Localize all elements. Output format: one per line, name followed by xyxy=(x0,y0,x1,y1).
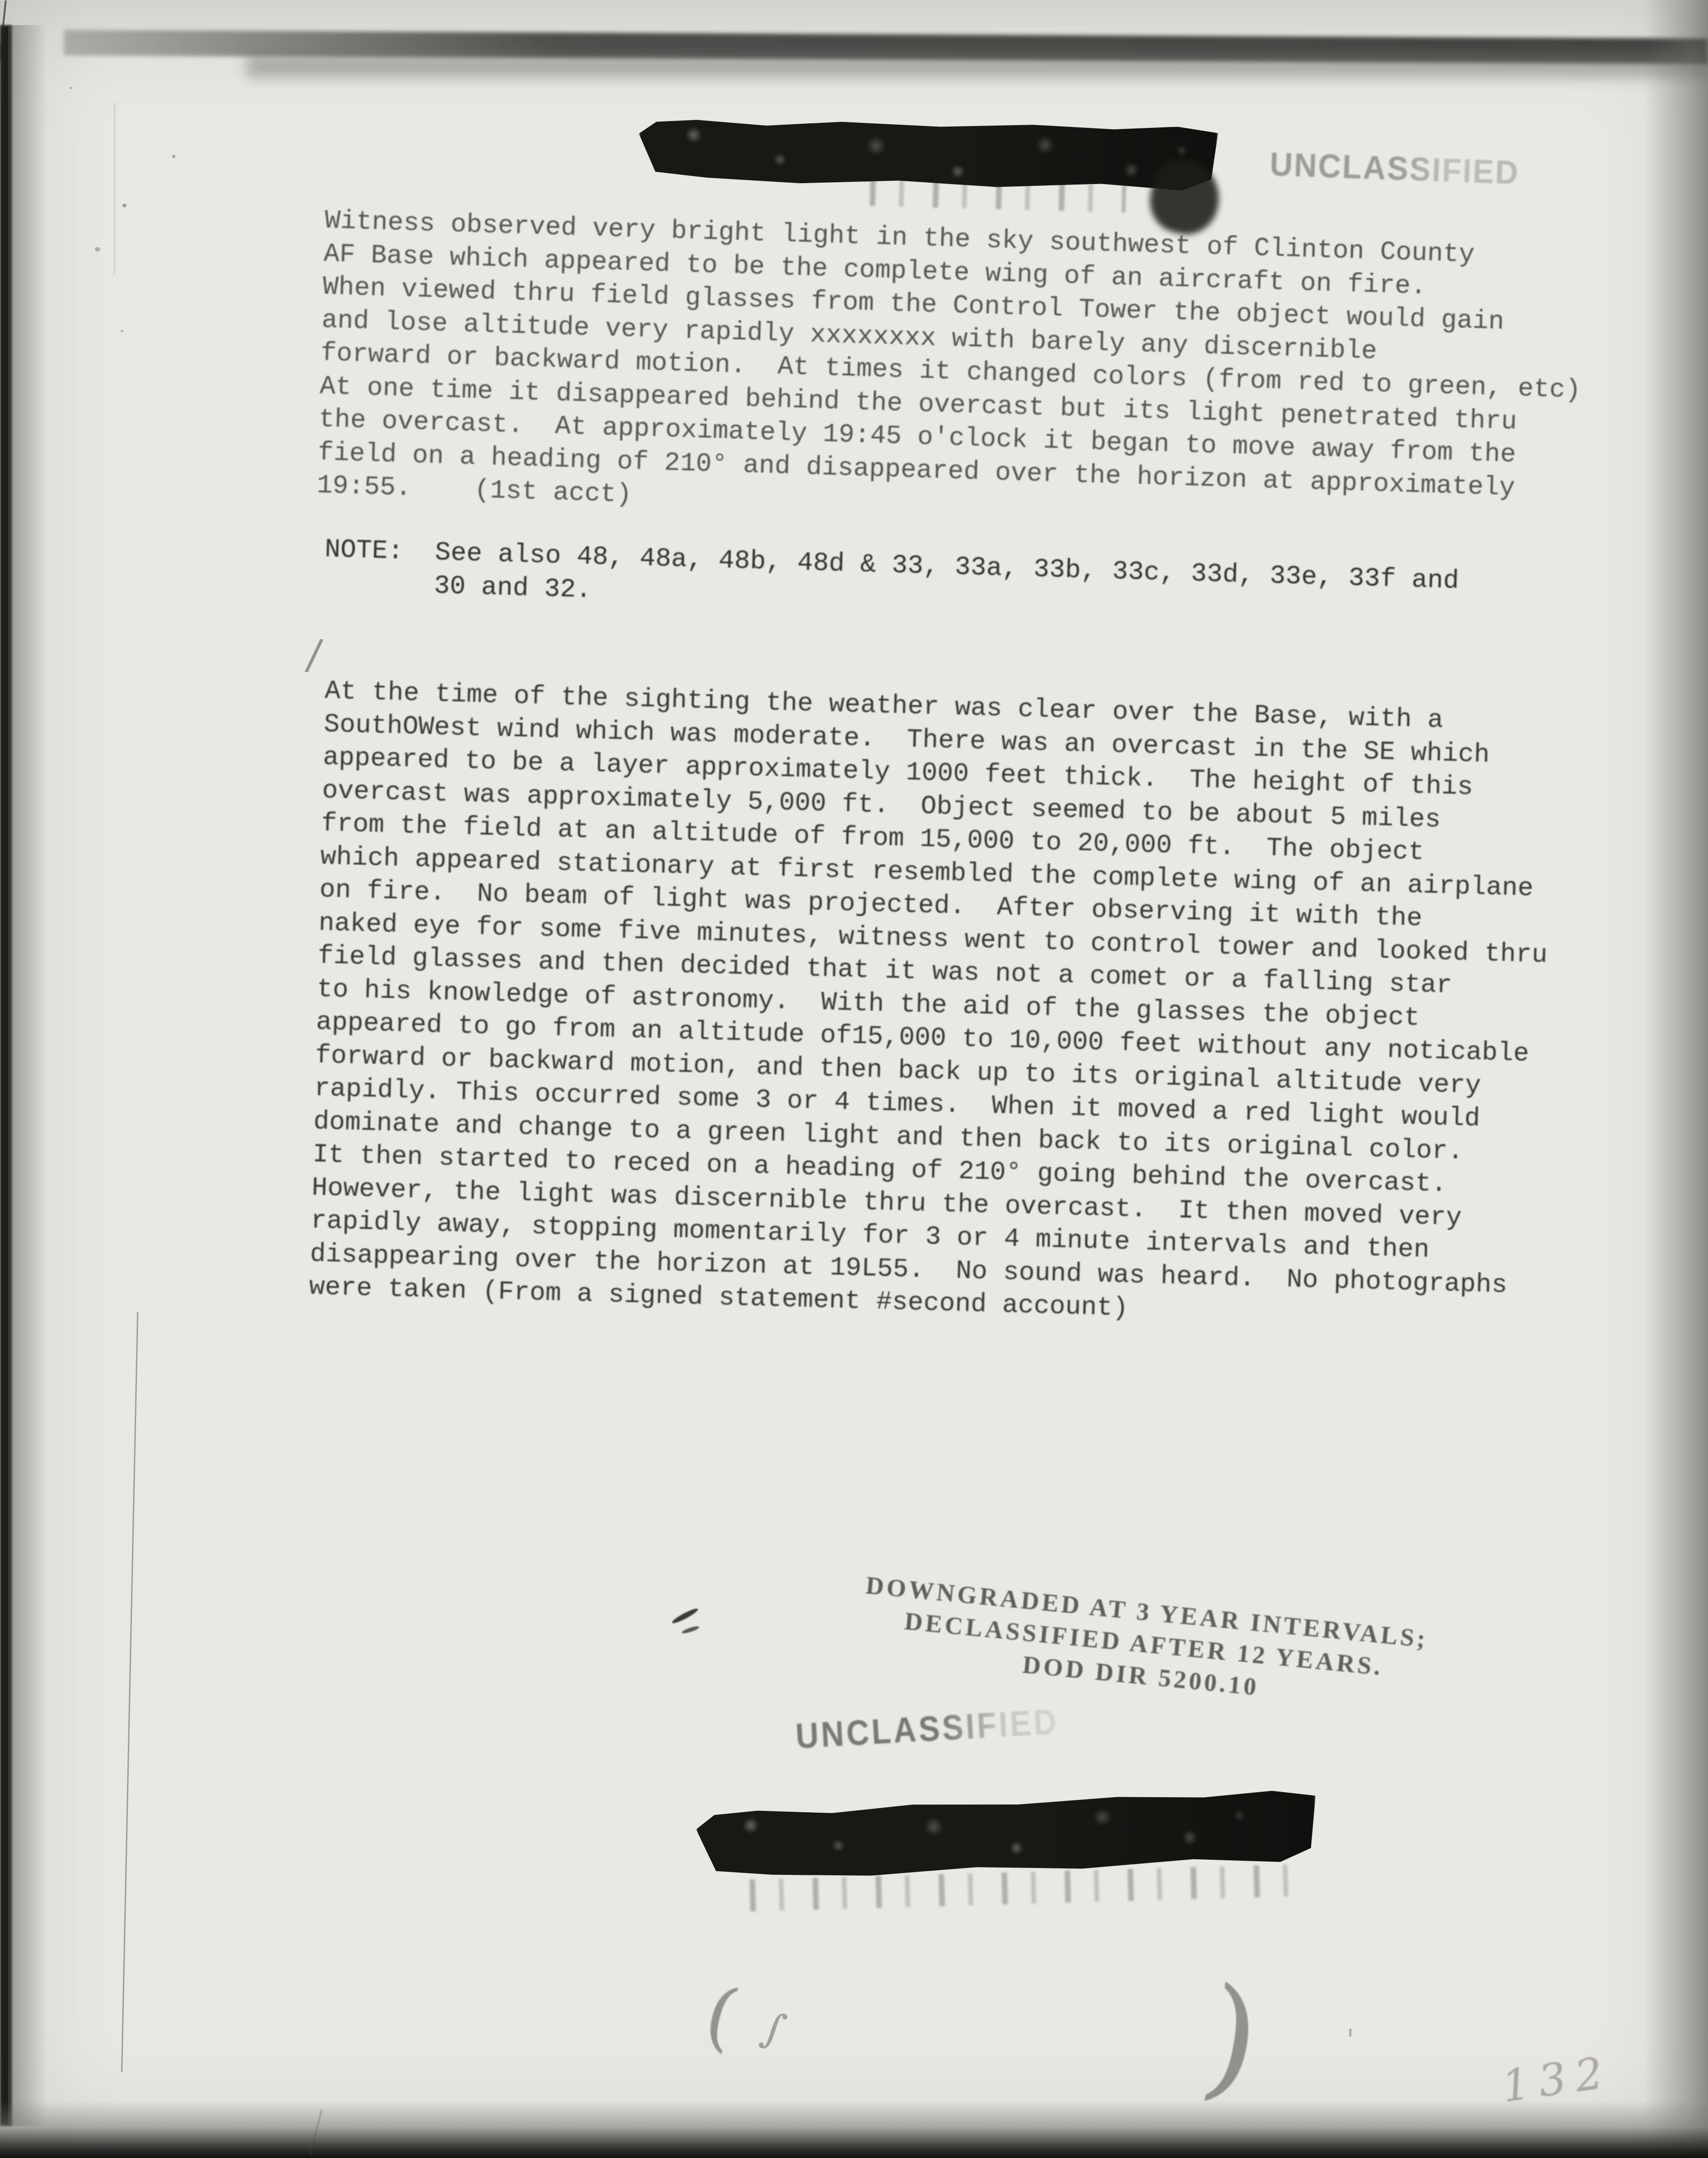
paper-crease-line xyxy=(121,1312,138,2072)
witness-account-paragraph: Witness observed very bright light in th… xyxy=(316,205,1586,540)
scan-edge-bottom-strip xyxy=(0,2101,1708,2158)
ink-speck xyxy=(121,330,123,332)
handwritten-squiggle: ∫ xyxy=(757,2002,791,2055)
scan-edge-left-shadow xyxy=(8,25,47,2126)
downgrade-declassify-stamp: DOWNGRADED AT 3 YEAR INTERVALS; DECLASSI… xyxy=(821,1566,1467,1722)
paper-crease-line-upper xyxy=(114,103,115,274)
ink-speck xyxy=(95,247,100,252)
scan-edge-top-shadow xyxy=(247,54,1708,78)
stray-slash-mark: / xyxy=(304,629,325,680)
ink-speck xyxy=(122,204,127,207)
ink-blot xyxy=(671,1607,699,1625)
scanned-document-page: UNCLASSIFIED Witness observed very brigh… xyxy=(0,0,1708,2158)
handwritten-right-paren: ) xyxy=(1193,1958,1271,2119)
second-account-paragraph: At the time of the sighting the weather … xyxy=(309,675,1554,1336)
stray-tick-mark: ' xyxy=(1346,2023,1355,2057)
ink-speck xyxy=(172,155,175,158)
note-cross-references: NOTE: See also 48, 48a, 48b, 48d & 33, 3… xyxy=(323,533,1459,631)
handwritten-left-paren: ( xyxy=(697,1969,747,2062)
ink-speck xyxy=(69,87,72,89)
ink-blot xyxy=(681,1625,700,1635)
scan-edge-right-shadow xyxy=(1644,0,1708,2158)
unclassified-stamp-top: UNCLASSIFIED xyxy=(1269,145,1520,192)
unclassified-stamp-bottom: UNCLASSIFIED xyxy=(795,1702,1060,1757)
